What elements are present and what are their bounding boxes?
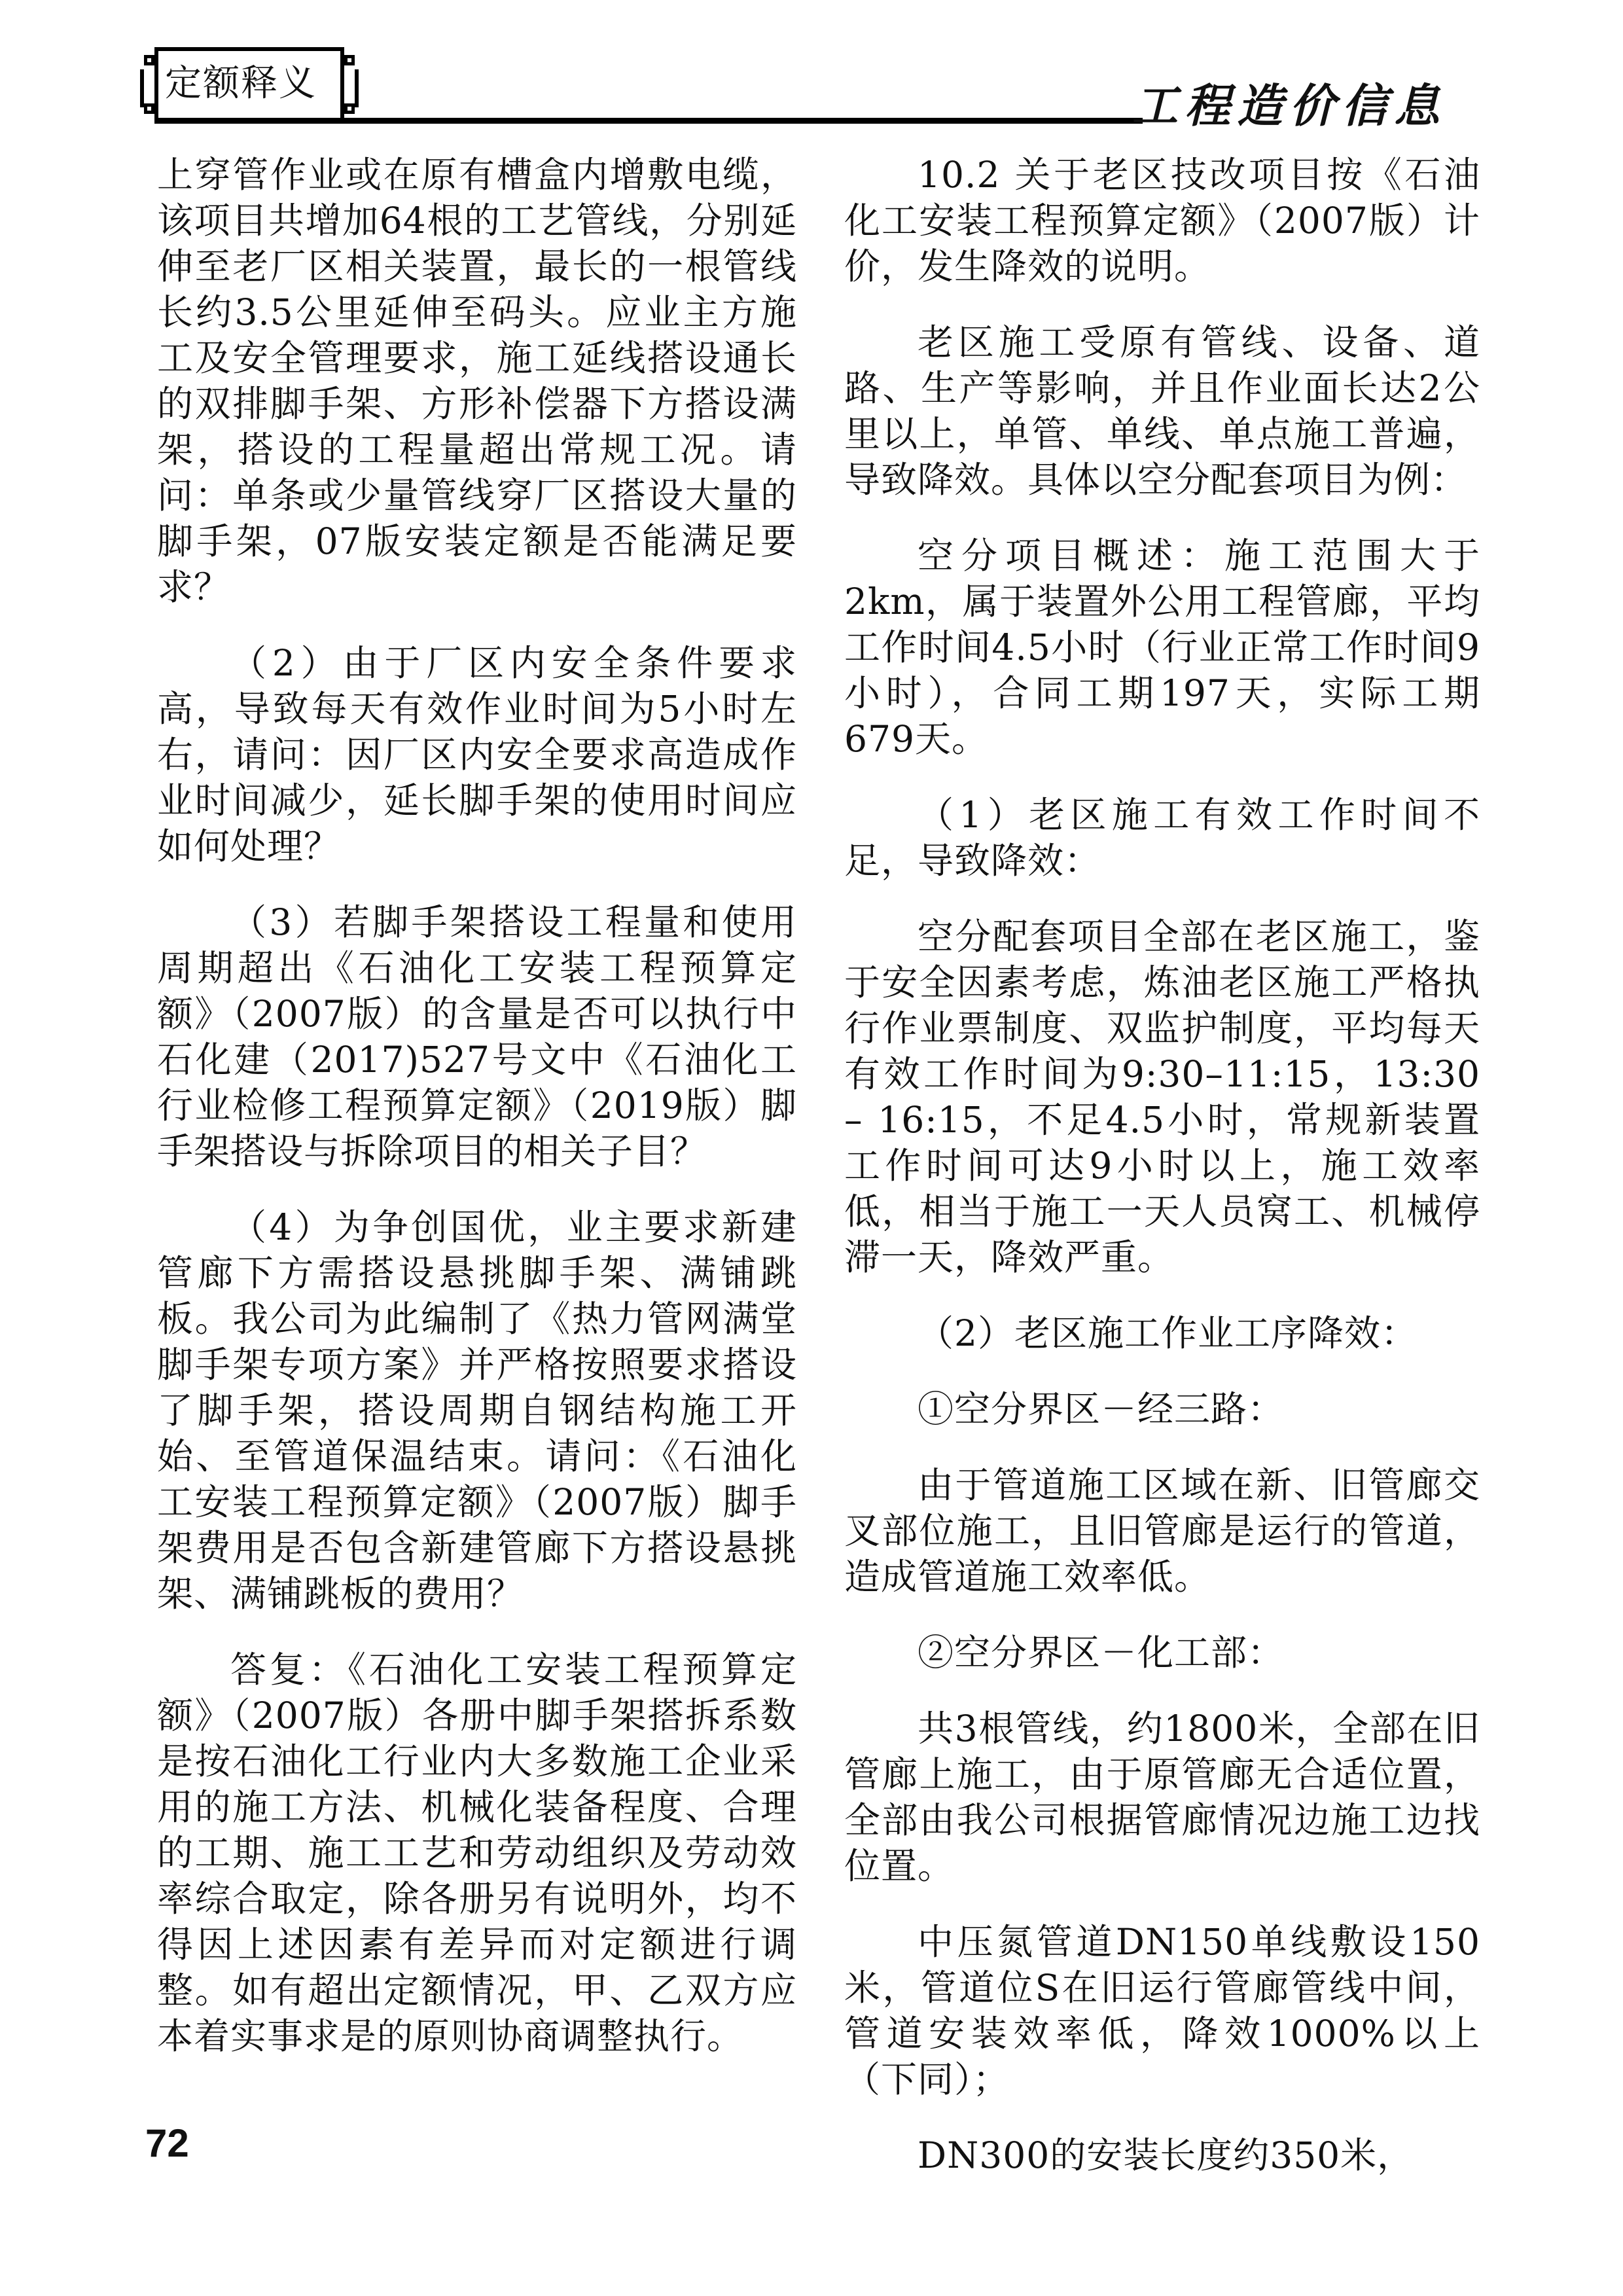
subheading: ①空分界区－经三路： (844, 1386, 1480, 1432)
paragraph: 空分配套项目全部在老区施工，鉴于安全因素考虑，炼油老区施工严格执行作业票制度、双… (844, 914, 1480, 1280)
paragraph: 共3根管线，约1800米，全部在旧管廊上施工，由于原管廊无合适位置，全部由我公司… (844, 1706, 1480, 1889)
subheading: ②空分界区－化工部： (844, 1630, 1480, 1676)
subheading: （1）老区施工有效工作时间不足，导致降效： (844, 792, 1480, 884)
paragraph: （2）由于厂区内安全条件要求高，导致每天有效作业时间为5小时左右，请问：因厂区内… (157, 640, 797, 869)
frame-side (140, 69, 144, 107)
paragraph: 由于管道施工区域在新、旧管廊交叉部位施工，且旧管廊是运行的管道，造成管道施工效率… (844, 1462, 1480, 1600)
section-heading: 10.2 关于老区技改项目按《石油化工安装工程预算定额》（2007版）计价，发生… (844, 152, 1480, 289)
paragraph: （3）若脚手架搭设工程量和使用周期超出《石油化工安装工程预算定额》（2007版）… (157, 899, 797, 1174)
left-column: 上穿管作业或在原有槽盒内增敷电缆，该项目共增加64根的工艺管线，分别延伸至老厂区… (157, 152, 797, 2089)
subheading: （2）老区施工作业工序降效： (844, 1310, 1480, 1356)
header-rule (154, 118, 1143, 124)
magazine-title: 工程造价信息 (1132, 73, 1446, 139)
paragraph: （4）为争创国优，业主要求新建管廊下方需搭设悬挑脚手架、满铺跳板。我公司为此编制… (157, 1204, 797, 1617)
paragraph: 空分项目概述：施工范围大于2km，属于装置外公用工程管廊，平均工作时间4.5小时… (844, 533, 1480, 762)
section-label: 定额释义 (165, 58, 317, 110)
frame-corner-ornament (344, 103, 355, 114)
frame-corner-ornament (144, 103, 154, 114)
frame-corner-ornament (344, 55, 355, 65)
paragraph: 老区施工受原有管线、设备、道路、生产等影响，并且作业面长达2公里以上，单管、单线… (844, 319, 1480, 503)
paragraph: 答复：《石油化工安装工程预算定额》（2007版）各册中脚手架搭拆系数是按石油化工… (157, 1647, 797, 2059)
frame-side (355, 69, 359, 107)
paragraph: DN300的安装长度约350米， (844, 2132, 1480, 2178)
right-column: 10.2 关于老区技改项目按《石油化工安装工程预算定额》（2007版）计价，发生… (844, 152, 1480, 2208)
paragraph: 上穿管作业或在原有槽盒内增敷电缆，该项目共增加64根的工艺管线，分别延伸至老厂区… (157, 152, 797, 610)
page-number: 72 (145, 2121, 189, 2166)
paragraph: 中压氮管道DN150单线敷设150米，管道位S在旧运行管廊管线中间，管道安装效率… (844, 1919, 1480, 2102)
frame-corner-ornament (144, 55, 154, 65)
